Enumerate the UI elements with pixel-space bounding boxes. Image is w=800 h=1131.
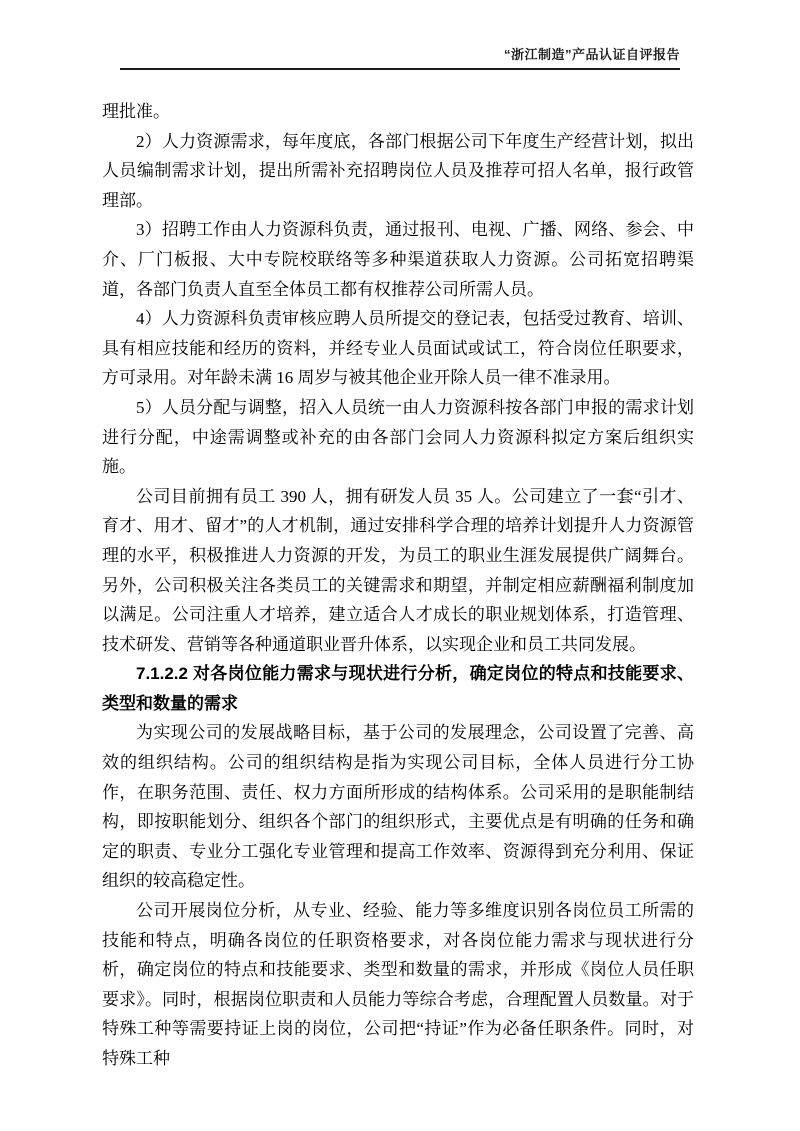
paragraph: 为实现公司的发展战略目标，基于公司的发展理念，公司设置了完善、高效的组织结构。公… <box>102 718 694 896</box>
paragraph: 3）招聘工作由人力资源科负责，通过报刊、电视、广播、网络、参会、中介、厂门板报、… <box>102 215 694 304</box>
paragraph: 2）人力资源需求，每年度底，各部门根据公司下年度生产经营计划，拟出人员编制需求计… <box>102 127 694 216</box>
report-title: “浙江制造”产品认证自评报告 <box>504 47 680 62</box>
document-page: “浙江制造”产品认证自评报告 理批准。2）人力资源需求，每年度底，各部门根据公司… <box>0 0 800 1131</box>
paragraph: 5）人员分配与调整，招入人员统一由人力资源科按各部门申报的需求计划进行分配，中途… <box>102 393 694 482</box>
paragraph: 理批准。 <box>102 97 694 127</box>
document-body: 理批准。2）人力资源需求，每年度底，各部门根据公司下年度生产经营计划，拟出人员编… <box>102 97 694 1074</box>
paragraph: 4）人力资源科负责审核应聘人员所提交的登记表，包括受过教育、培训、具有相应技能和… <box>102 304 694 393</box>
section-heading: 7.1.2.2 对各岗位能力需求与现状进行分析，确定岗位的特点和技能要求、类型和… <box>102 659 694 718</box>
paragraph: 公司目前拥有员工 390 人，拥有研发人员 35 人。公司建立了一套“引才、育才… <box>102 482 694 660</box>
paragraph: 公司开展岗位分析，从专业、经验、能力等多维度识别各岗位员工所需的技能和特点，明确… <box>102 896 694 1074</box>
page-header: “浙江制造”产品认证自评报告 <box>120 46 680 70</box>
